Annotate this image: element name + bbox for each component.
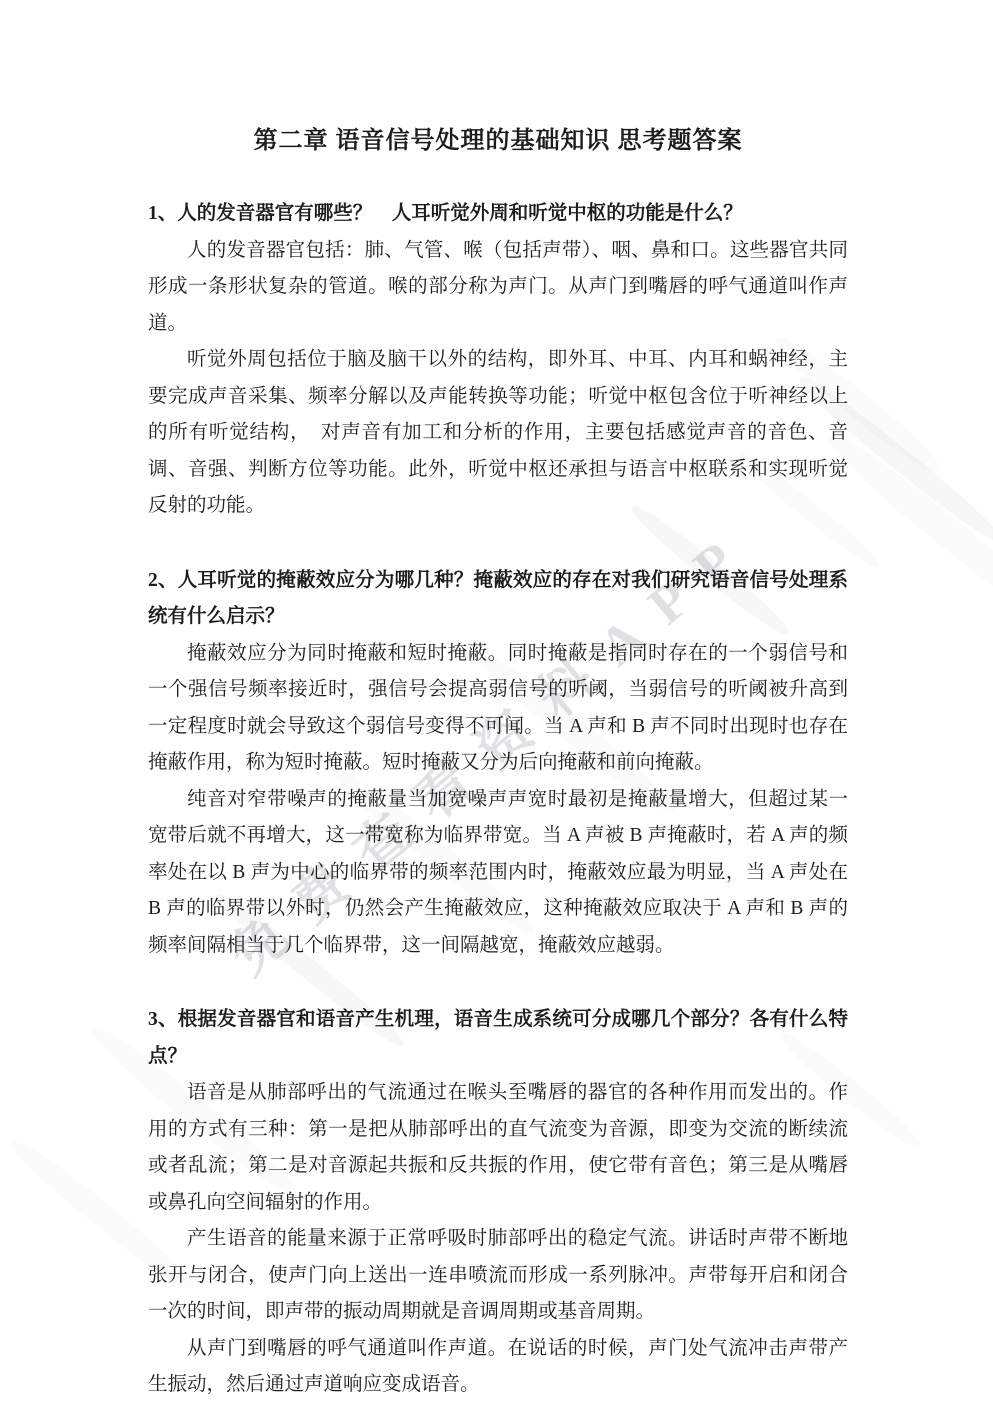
answer-paragraph: 从声门到嘴唇的呼气通道叫作声道。在说话的时候，声门处气流冲击声带产生振动，然后通… xyxy=(148,1331,848,1404)
document-page: { "doc": { "title": "第二章 语音信号处理的基础知识 思考题… xyxy=(0,0,993,1404)
answer-paragraph: 人的发音器官包括：肺、气管、喉（包括声带）、咽、鼻和口。这些器官共同形成一条形状… xyxy=(148,233,848,343)
answer-paragraph: 听觉外周包括位于脑及脑干以外的结构，即外耳、中耳、内耳和蜗神经，主要完成声音采集… xyxy=(148,342,848,525)
answer-paragraph: 纯音对窄带噪声的掩蔽量当加宽噪声声宽时最初是掩蔽量增大，但超过某一宽带后就不再增… xyxy=(148,782,848,965)
answer-paragraph: 语音是从肺部呼出的气流通过在喉头至嘴唇的器官的各种作用而发出的。作用的方式有三种… xyxy=(148,1075,848,1221)
qa-section-1: 1、人的发音器官有哪些？ 人耳听觉外周和听觉中枢的功能是什么？ 人的发音器官包括… xyxy=(148,196,848,525)
qa-section-3: 3、根据发音器官和语音产生机理，语音生成系统可分成哪几个部分？各有什么特点？ 语… xyxy=(148,1002,848,1404)
answer-paragraph: 掩蔽效应分为同时掩蔽和短时掩蔽。同时掩蔽是指同时存在的一个弱信号和一个强信号频率… xyxy=(148,636,848,782)
page-title: 第二章 语音信号处理的基础知识 思考题答案 xyxy=(148,124,848,158)
question-heading: 1、人的发音器官有哪些？ 人耳听觉外周和听觉中枢的功能是什么？ xyxy=(148,196,848,233)
question-heading: 3、根据发音器官和语音产生机理，语音生成系统可分成哪几个部分？各有什么特点？ xyxy=(148,1002,848,1075)
question-heading: 2、人耳听觉的掩蔽效应分为哪几种？掩蔽效应的存在对我们研究语音信号处理系统有什么… xyxy=(148,563,848,636)
qa-section-2: 2、人耳听觉的掩蔽效应分为哪几种？掩蔽效应的存在对我们研究语音信号处理系统有什么… xyxy=(148,563,848,965)
document-body: 第二章 语音信号处理的基础知识 思考题答案 1、人的发音器官有哪些？ 人耳听觉外… xyxy=(148,124,848,1404)
answer-paragraph: 产生语音的能量来源于正常呼吸时肺部呼出的稳定气流。讲话时声带不断地张开与闭合，使… xyxy=(148,1221,848,1331)
